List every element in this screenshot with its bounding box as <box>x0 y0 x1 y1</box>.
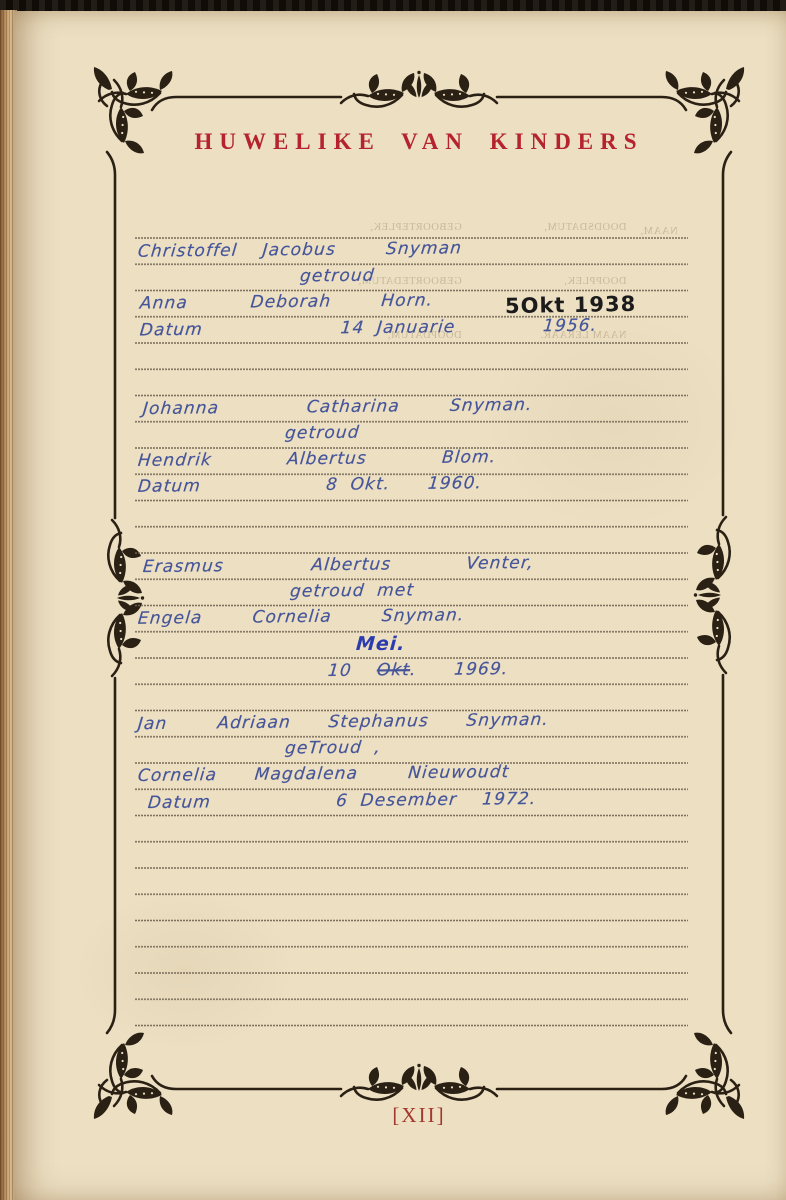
ruled-dotted-lines <box>135 237 688 1027</box>
entry2-bride-name: Johanna Catharina Snyman. <box>142 395 534 419</box>
entry3-date-line: 10 Okt. 1969. <box>327 659 509 681</box>
entry1-married-word: getroud <box>299 266 376 287</box>
bleedthrough-line: DOODSDATUM, <box>540 219 627 237</box>
page-number: [XII] <box>115 1103 723 1128</box>
scanned-book-page: { "page": { "title": "HUWELIKE VAN KINDE… <box>0 0 786 1200</box>
entry3-struck-month: Okt <box>376 660 411 680</box>
entry3-month-correction: Mei. <box>355 633 406 655</box>
entry2-groom-name: Hendrik Albertus Blom. <box>137 447 497 471</box>
entry4-date-line: Datum 6 Desember 1972. <box>147 789 537 813</box>
entry4-bride-name: Cornelia Magdalena Nieuwoudt <box>137 762 510 786</box>
entry3-bride-name: Engela Cornelia Snyman. <box>137 605 465 628</box>
entry1-black-ink-date: 5Okt 1938 <box>505 292 637 318</box>
entry1-groom-name: Christoffel Jacobus Snyman <box>137 238 463 261</box>
entry1-bride-name: Anna Deborah Horn. <box>139 290 434 313</box>
entry3-married-word: getroud met <box>289 580 415 601</box>
page-title: HUWELIKE VAN KINDERS <box>115 129 723 155</box>
entry3-groom-name: Erasmus Albertus Venter, <box>142 553 535 577</box>
bleedthrough-line: GEBOORTEPLEK, <box>358 219 462 237</box>
entry2-married-word: getroud <box>284 423 361 444</box>
entry3-date-prefix: 10 <box>327 660 378 681</box>
entry4-married-word: geTroud , <box>284 737 382 758</box>
entry2-date-line: Datum 8 Okt. 1960. <box>137 473 483 497</box>
entry3-date-suffix: . 1969. <box>409 659 509 680</box>
